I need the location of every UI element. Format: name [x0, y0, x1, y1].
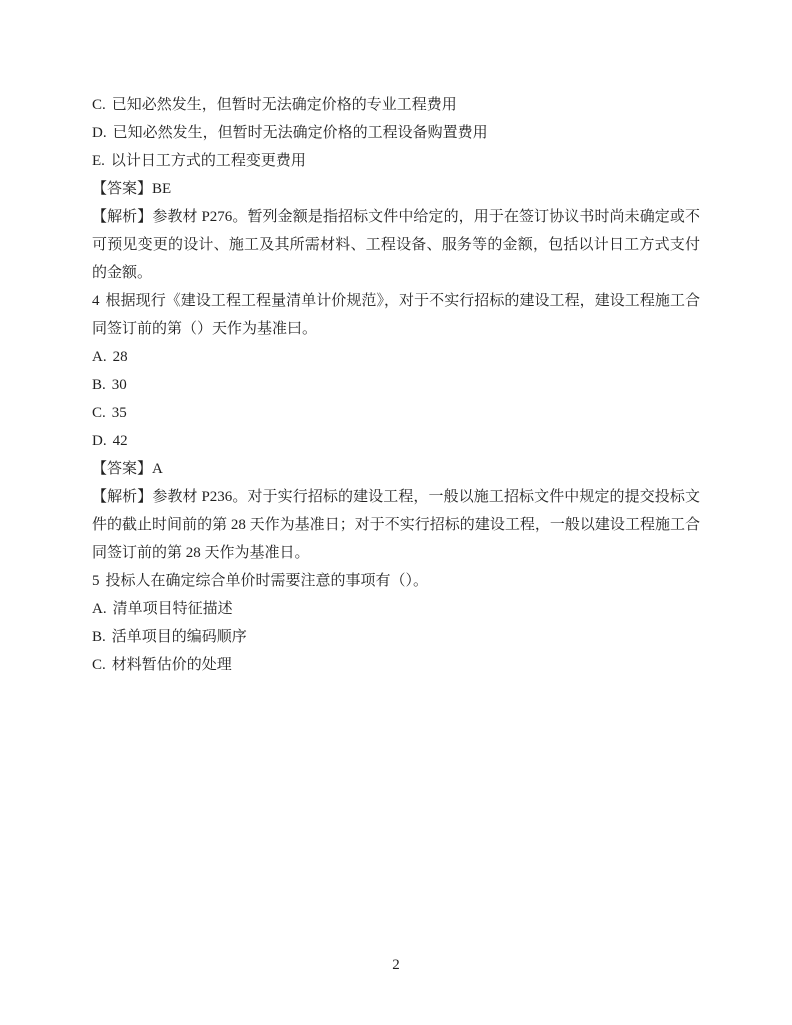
q3-analysis: 【解析】参教材 P276。暂列金额是指招标文件中给定的，用于在签订协议书时尚未确… [92, 203, 700, 287]
q4-analysis-prefix: 【解析】 [92, 489, 152, 505]
q5-option-c-text: 材料暂估价的处理 [112, 657, 232, 673]
q4-option-d: D.42 [92, 427, 700, 455]
q3-analysis-prefix: 【解析】 [92, 209, 152, 225]
q4-number: 4 [92, 293, 100, 309]
q5-option-a: A.清单项目特征描述 [92, 595, 700, 623]
q5-option-b-label: B. [92, 629, 106, 645]
q4-option-d-label: D. [92, 433, 107, 449]
q4-option-a-text: 28 [113, 349, 128, 365]
page-number: 2 [0, 951, 792, 979]
q4-answer-line: 【答案】A [92, 455, 700, 483]
q3-answer-value: BE [152, 181, 171, 197]
q4-option-b-label: B. [92, 377, 106, 393]
q4-answer-prefix: 【答案】 [92, 461, 152, 477]
page-content: C.已知必然发生，但暂时无法确定价格的专业工程费用 D.已知必然发生，但暂时无法… [0, 0, 792, 679]
q5-option-b: B.活单项目的编码顺序 [92, 623, 700, 651]
q4-stem: 4根据现行《建设工程工程量清单计价规范》，对于不实行招标的建设工程，建设工程施工… [92, 287, 700, 343]
q3-option-c-label: C. [92, 97, 106, 113]
q4-option-b: B.30 [92, 371, 700, 399]
q4-option-c: C.35 [92, 399, 700, 427]
q3-analysis-text: 参教材 P276。暂列金额是指招标文件中给定的，用于在签订协议书时尚未确定或不可… [92, 209, 700, 281]
q4-option-b-text: 30 [112, 377, 127, 393]
q4-answer-value: A [152, 461, 163, 477]
q4-option-c-text: 35 [112, 405, 127, 421]
q4-option-d-text: 42 [113, 433, 128, 449]
q3-option-e-label: E. [92, 153, 105, 169]
q4-analysis-text: 参教材 P236。对于实行招标的建设工程，一般以施工招标文件中规定的提交投标文件… [92, 489, 700, 561]
q3-option-e-text: 以计日工方式的工程变更费用 [111, 153, 306, 169]
q4-stem-text: 根据现行《建设工程工程量清单计价规范》，对于不实行招标的建设工程，建设工程施工合… [92, 293, 700, 337]
q4-option-a: A.28 [92, 343, 700, 371]
q3-answer-line: 【答案】BE [92, 175, 700, 203]
q5-stem-text: 投标人在确定综合单价时需要注意的事项有（）。 [106, 573, 429, 589]
q5-option-c-label: C. [92, 657, 106, 673]
q3-answer-prefix: 【答案】 [92, 181, 152, 197]
q5-option-b-text: 活单项目的编码顺序 [112, 629, 247, 645]
q4-option-a-label: A. [92, 349, 107, 365]
q3-option-c-text: 已知必然发生，但暂时无法确定价格的专业工程费用 [112, 97, 457, 113]
q3-option-d-label: D. [92, 125, 107, 141]
q5-option-a-text: 清单项目特征描述 [113, 601, 233, 617]
q5-option-a-label: A. [92, 601, 107, 617]
q3-option-e: E.以计日工方式的工程变更费用 [92, 147, 700, 175]
q5-stem: 5投标人在确定综合单价时需要注意的事项有（）。 [92, 567, 700, 595]
q3-option-d: D.已知必然发生，但暂时无法确定价格的工程设备购置费用 [92, 119, 700, 147]
q5-number: 5 [92, 573, 100, 589]
q4-option-c-label: C. [92, 405, 106, 421]
document-page: C.已知必然发生，但暂时无法确定价格的专业工程费用 D.已知必然发生，但暂时无法… [0, 0, 792, 1025]
q4-analysis: 【解析】参教材 P236。对于实行招标的建设工程，一般以施工招标文件中规定的提交… [92, 483, 700, 567]
q3-option-c: C.已知必然发生，但暂时无法确定价格的专业工程费用 [92, 91, 700, 119]
q3-option-d-text: 已知必然发生，但暂时无法确定价格的工程设备购置费用 [113, 125, 488, 141]
q5-option-c: C.材料暂估价的处理 [92, 651, 700, 679]
